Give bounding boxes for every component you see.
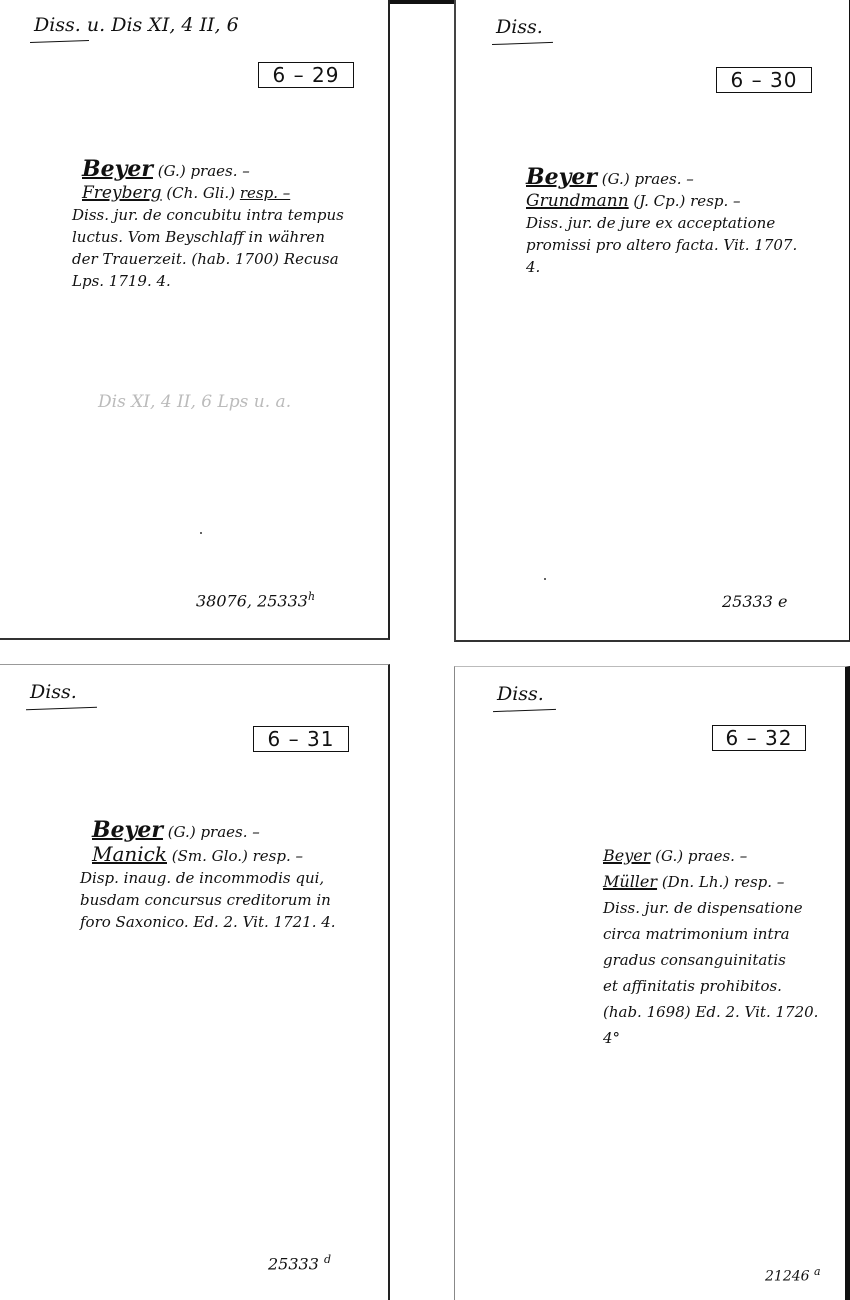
bibliographic-entry: Beyer (G.) praes. – Grundmann (J. Cp.) r…	[526, 166, 797, 278]
ink-speck	[544, 578, 546, 580]
title-line: Diss. jur. de dispensatione	[603, 895, 818, 921]
respondent-line: Müller (Dn. Lh.) resp. –	[603, 869, 818, 895]
classmark-underline	[26, 707, 97, 710]
catalog-card-6-29: Diss. u. Dis XI, 4 II, 6 6 – 29 Beyer (G…	[0, 0, 390, 640]
classmark: Diss.	[30, 681, 77, 703]
bibliographic-entry: Beyer (G.) praes. – Müller (Dn. Lh.) res…	[603, 843, 818, 1051]
classmark-underline	[30, 40, 89, 43]
praeses-name: Beyer	[526, 164, 597, 190]
bibliographic-entry: Beyer (G.) praes. – Manick (Sm. Glo.) re…	[92, 819, 336, 933]
respondent-line: Grundmann (J. Cp.) resp. –	[526, 190, 797, 212]
title-line: Diss. jur. de concubitu intra tempus	[72, 204, 344, 226]
accession-number: 38076, 25333h	[196, 590, 315, 610]
catalog-card-6-31: Diss. 6 – 31 Beyer (G.) praes. – Manick …	[0, 664, 390, 1300]
title-line: promissi pro altero facta. Vit. 1707.	[526, 234, 797, 256]
title-line: et affinitatis prohibitos.	[603, 973, 818, 999]
imprint-line: Lps. 1719. 4.	[72, 270, 344, 292]
praeses-name: Beyer	[92, 817, 163, 843]
respondent-line: Freyberg (Ch. Gli.) resp. –	[82, 182, 344, 204]
classmark-underline	[492, 42, 553, 45]
imprint-line: foro Saxonico. Ed. 2. Vit. 1721. 4.	[80, 911, 336, 933]
accession-number: 21246 a	[765, 1265, 821, 1285]
call-number-box: 6 – 30	[716, 67, 812, 93]
praeses-line: Beyer (G.) praes. –	[603, 843, 818, 869]
respondent-line: Manick (Sm. Glo.) resp. –	[92, 843, 336, 867]
praeses-line: Beyer (G.) praes. –	[92, 819, 336, 843]
classmark-underline	[493, 709, 556, 712]
faint-pencil-note: Dis XI, 4 II, 6 Lps u. a.	[98, 392, 291, 412]
praeses-line: Beyer (G.) praes. –	[526, 166, 797, 190]
respondent-name: Manick	[92, 842, 167, 866]
call-number-box: 6 – 32	[712, 725, 806, 751]
praeses-name: Beyer	[603, 846, 650, 865]
accession-number: 25333 d	[268, 1253, 331, 1273]
call-number-box: 6 – 31	[253, 726, 349, 752]
praeses-name: Beyer	[82, 156, 153, 182]
title-line: gradus consanguinitatis	[603, 947, 818, 973]
format-line: 4.	[526, 256, 797, 278]
respondent-name: Freyberg	[82, 183, 162, 203]
call-number-box: 6 – 29	[258, 62, 354, 88]
catalog-card-6-30: Diss. 6 – 30 Beyer (G.) praes. – Grundma…	[454, 0, 850, 642]
title-line: circa matrimonium intra	[603, 921, 818, 947]
format-line: 4°	[603, 1025, 818, 1051]
respondent-name: Grundmann	[526, 191, 629, 211]
catalog-card-6-32: Diss. 6 – 32 Beyer (G.) praes. – Müller …	[454, 666, 850, 1300]
classmark: Diss.	[497, 683, 544, 705]
classmark: Diss. u. Dis XI, 4 II, 6	[34, 14, 239, 36]
respondent-name: Müller	[603, 872, 657, 891]
bibliographic-entry: Beyer (G.) praes. – Freyberg (Ch. Gli.) …	[82, 158, 344, 292]
title-line: busdam concursus creditorum in	[80, 889, 336, 911]
imprint-line: (hab. 1698) Ed. 2. Vit. 1720.	[603, 999, 818, 1025]
title-line: Diss. jur. de jure ex acceptatione	[526, 212, 797, 234]
title-line: der Trauerzeit. (hab. 1700) Recusa	[72, 248, 344, 270]
praeses-line: Beyer (G.) praes. –	[82, 158, 344, 182]
classmark: Diss.	[496, 16, 543, 38]
ink-speck	[200, 532, 202, 534]
title-line: Disp. inaug. de incommodis qui,	[80, 867, 336, 889]
accession-number: 25333 e	[722, 592, 787, 611]
title-line: luctus. Vom Beyschlaff in währen	[72, 226, 344, 248]
